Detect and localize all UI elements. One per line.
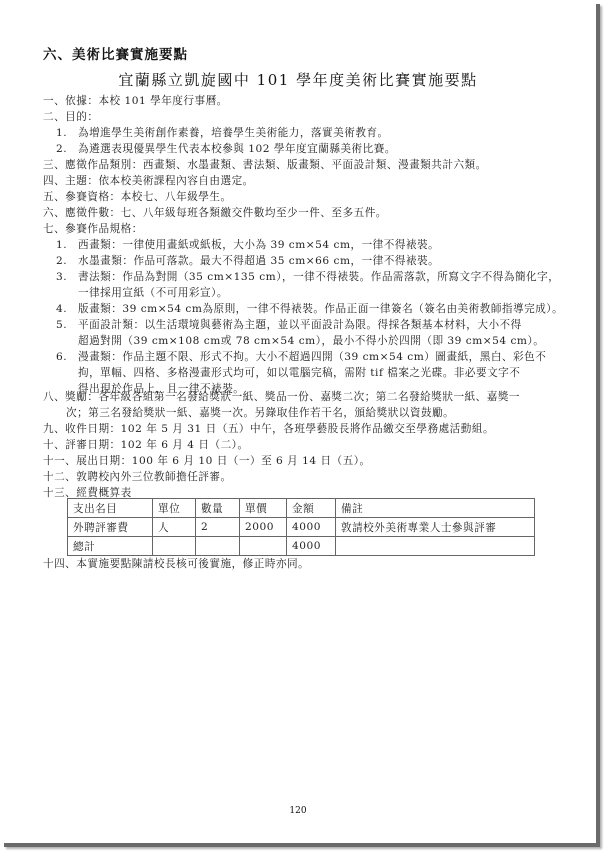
spec-comics-cont-1: 拘，單幅、四格、多格漫畫形式均可，如以電腦完稿，需附 tif 檔案之光碟。非必要… [78, 366, 520, 380]
list-number: 4. [56, 302, 78, 316]
item-specs: 七、參賽作品規格： [43, 222, 143, 236]
list-number: 5. [56, 318, 78, 332]
item-approval: 十四、本實施要點陳請校長核可後實施，修正時亦同。 [43, 557, 309, 571]
spec-graphic-design-cont: 超過對開（39 cm×108 cm或 78 cm×54 cm），最小不得小於四開… [78, 334, 544, 348]
table-cell: 2 [196, 518, 240, 537]
list-text: 平面設計類：以生活環境與藝術為主題，並以平面設計為限。得採各類基本材料，大小不得 [78, 319, 522, 331]
spec-graphic-design: 5.平面設計類：以生活環境與藝術為主題，並以平面設計為限。得採各類基本材料，大小… [56, 318, 522, 332]
item-purpose-2: 2.為遴選表現優異學生代表本校參與 102 學年度宜蘭縣美術比賽。 [56, 142, 396, 156]
table-cell: 人 [153, 518, 196, 537]
list-text: 版畫類：39 cm×54 cm為原則，一律不得裱裝。作品正面一律簽名（簽名由美術… [78, 303, 563, 315]
table-header-row: 支出名目 單位 數量 單價 金額 備註 [68, 499, 535, 518]
table-header-cell: 單位 [153, 499, 196, 518]
spec-printmaking: 4.版畫類：39 cm×54 cm為原則，一律不得裱裝。作品正面一律簽名（簽名由… [56, 302, 563, 316]
table-cell [153, 537, 196, 556]
list-number: 1. [56, 238, 78, 252]
item-awards-cont: 次；第三名發給獎狀一紙、嘉獎一次。另錄取佳作若干名，頒給獎狀以資鼓勵。 [66, 406, 454, 420]
document-page: 六、美術比賽實施要點 宜蘭縣立凱旋國中 101 學年度美術比賽實施要點 一、依據… [0, 0, 596, 843]
item-basis: 一、依據：本校 101 學年度行事曆。 [43, 94, 228, 108]
budget-table: 支出名目 單位 數量 單價 金額 備註 外聘評審費 人 2 2000 4000 … [67, 498, 535, 556]
table-cell: 4000 [287, 518, 336, 537]
item-awards: 八、獎勵：各年級各組第一名發給獎狀一紙、獎品一份、嘉獎二次；第二名發給獎狀一紙、… [43, 390, 520, 404]
table-cell: 外聘評審費 [68, 518, 153, 537]
item-eligibility: 五、參賽資格：本校七、八年級學生。 [43, 190, 232, 204]
item-judges: 十二、敦聘校內外三位教師擔任評審。 [43, 470, 232, 484]
list-number: 2. [56, 254, 78, 268]
spec-western-painting: 1.西畫類：一律使用畫紙或紙板，大小為 39 cm×54 cm，一律不得裱裝。 [56, 238, 439, 252]
list-text: 書法類：作品為對開（35 cm×135 cm），一律不得裱裝。作品需落款，所寫文… [78, 271, 559, 283]
list-text: 為遴選表現優異學生代表本校參與 102 學年度宜蘭縣美術比賽。 [78, 143, 396, 155]
table-header-cell: 備註 [336, 499, 535, 518]
table-cell [336, 537, 535, 556]
document-title: 宜蘭縣立凱旋國中 101 學年度美術比賽實施要點 [0, 69, 596, 90]
list-number: 6. [56, 350, 78, 364]
table-cell: 2000 [240, 518, 287, 537]
table-cell: 敦請校外美術專業人士參與評審 [336, 518, 535, 537]
table-header-cell: 單價 [240, 499, 287, 518]
spec-ink-painting: 2.水墨畫類：作品可落款。最大不得超過 35 cm×66 cm，一律不得裱裝。 [56, 254, 439, 268]
section-heading: 六、美術比賽實施要點 [43, 43, 188, 63]
list-text: 水墨畫類：作品可落款。最大不得超過 35 cm×66 cm，一律不得裱裝。 [78, 255, 439, 267]
item-judging-date: 十、評審日期：102 年 6 月 4 日（二）。 [43, 438, 249, 452]
spec-comics: 6.漫畫類：作品主題不限、形式不拘。大小不超過四開（39 cm×54 cm）圖畫… [56, 350, 546, 364]
table-row: 外聘評審費 人 2 2000 4000 敦請校外美術專業人士參與評審 [68, 518, 535, 537]
table-cell [240, 537, 287, 556]
list-text: 為增進學生美術創作素養，培養學生美術能力，落實美術教育。 [78, 127, 389, 139]
table-header-cell: 數量 [196, 499, 240, 518]
item-purpose: 二、目的： [43, 110, 98, 124]
spec-calligraphy: 3.書法類：作品為對開（35 cm×135 cm），一律不得裱裝。作品需落款，所… [56, 270, 559, 284]
item-submission-date: 九、收件日期：102 年 5 月 31 日（五）中午，各班學藝股長將作品繳交至學… [43, 422, 494, 436]
item-theme: 四、主題：依本校美術課程內容自由選定。 [43, 174, 254, 188]
table-row-total: 總計 4000 [68, 537, 535, 556]
list-number: 2. [56, 142, 78, 156]
list-number: 1. [56, 126, 78, 140]
list-text: 西畫類：一律使用畫紙或紙板，大小為 39 cm×54 cm，一律不得裱裝。 [78, 239, 439, 251]
table-header-cell: 金額 [287, 499, 336, 518]
table-cell [196, 537, 240, 556]
page-number: 120 [0, 806, 596, 816]
item-categories: 三、應徵作品類別：西畫類、水墨畫類、書法類、版畫類、平面設計類、漫畫類共計六類。 [43, 158, 487, 172]
item-exhibition-date: 十一、展出日期：100 年 6 月 10 日（一）至 6 月 14 日（五）。 [43, 454, 371, 468]
spec-calligraphy-cont: 一律採用宣紙（不可用彩宣）。 [78, 286, 228, 300]
list-number: 3. [56, 270, 78, 284]
table-header-cell: 支出名目 [68, 499, 153, 518]
list-text: 漫畫類：作品主題不限、形式不拘。大小不超過四開（39 cm×54 cm）圖畫紙，… [78, 351, 546, 363]
table-cell: 4000 [287, 537, 336, 556]
item-purpose-1: 1.為增進學生美術創作素養，培養學生美術能力，落實美術教育。 [56, 126, 389, 140]
item-quantity: 六、應徵件數：七、八年級每班各類繳交件數均至少一件、至多五件。 [43, 206, 387, 220]
table-cell: 總計 [68, 537, 153, 556]
